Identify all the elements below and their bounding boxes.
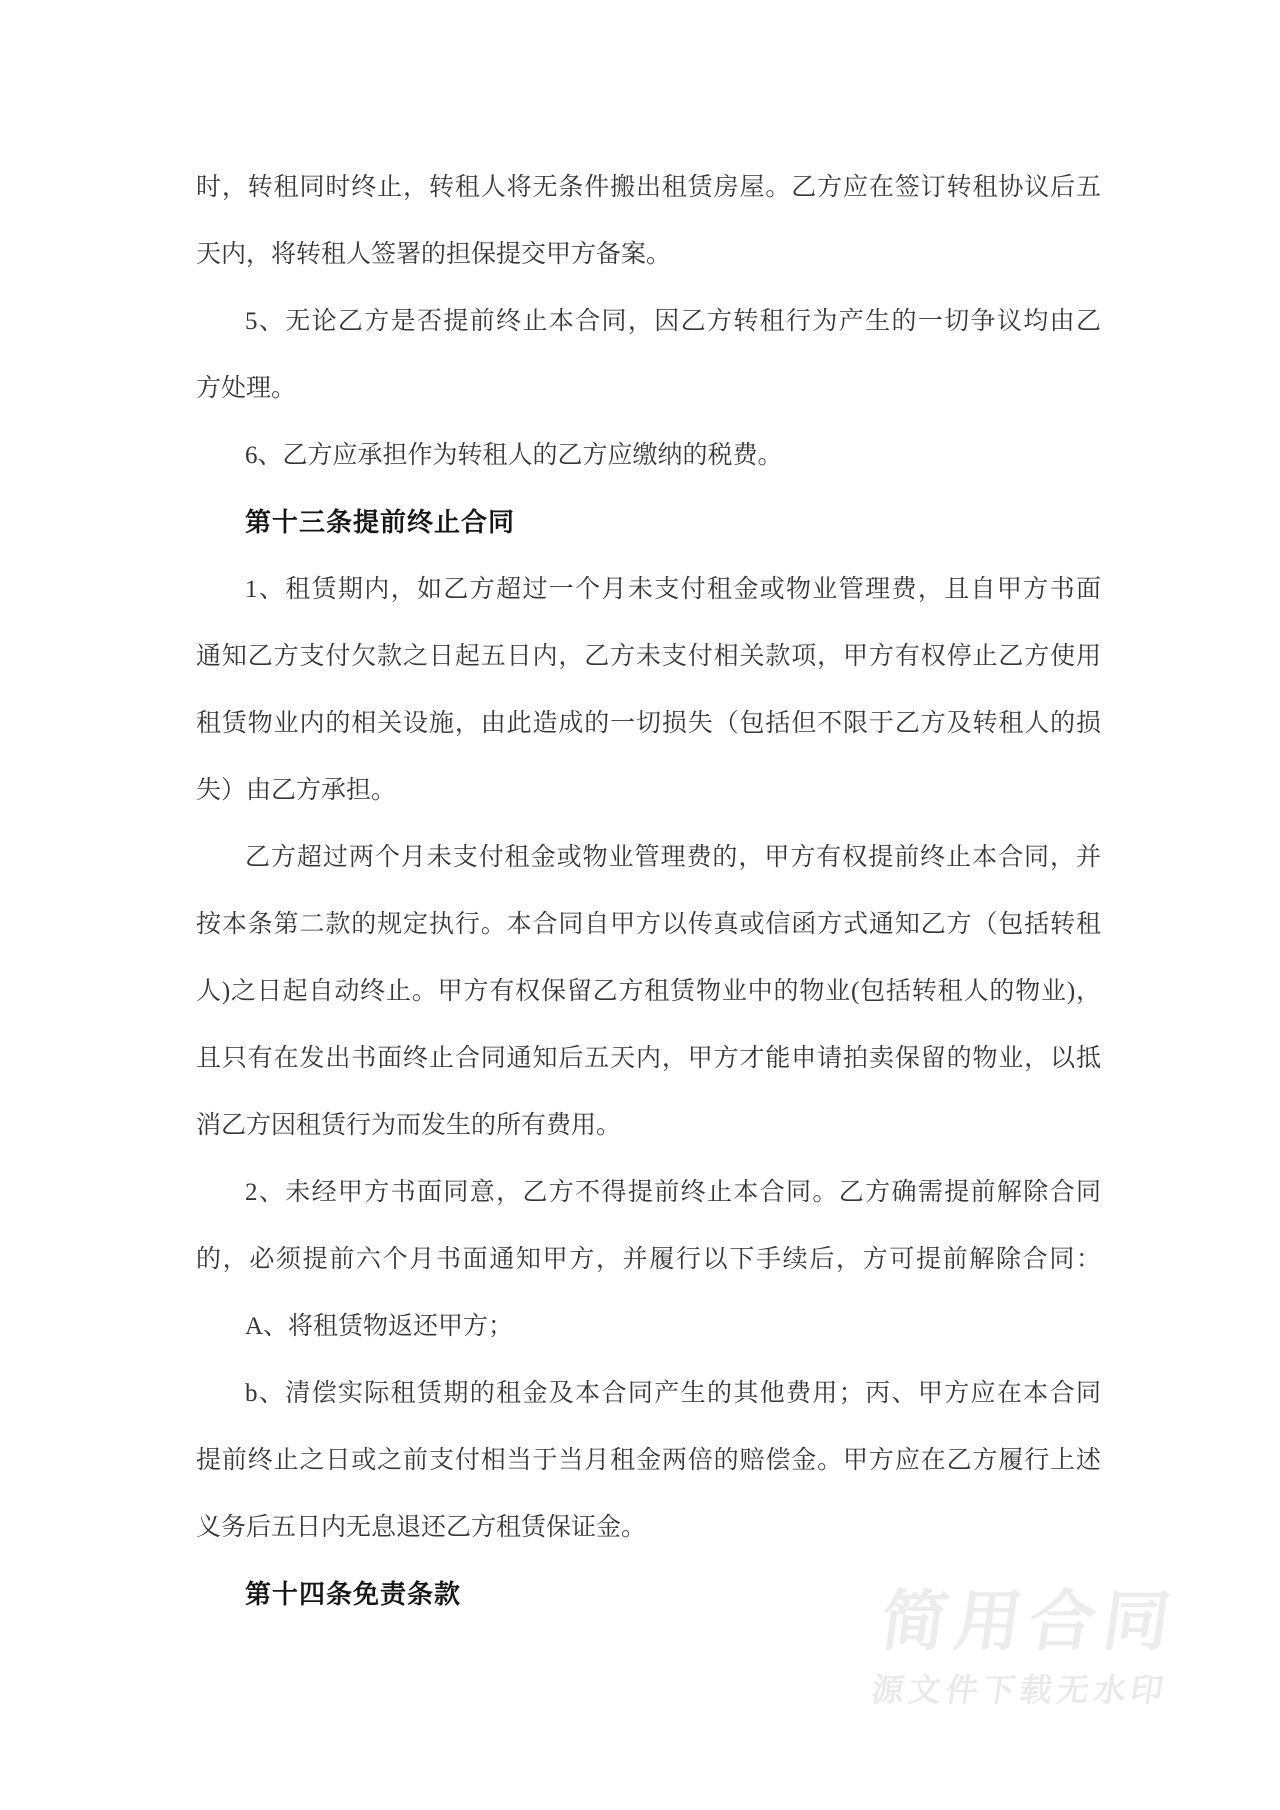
contract-line: 通知乙方支付欠款之日起五日内，乙方未支付相关款项，甲方有权停止乙方使用 [196, 623, 1101, 690]
document-page: 时，转租同时终止，转租人将无条件搬出租赁房屋。乙方应在签订转租协议后五 天内，将… [0, 0, 1280, 1810]
contract-line: 提前终止之日或之前支付相当于当月租金两倍的赔偿金。甲方应在乙方履行上述 [196, 1427, 1101, 1494]
contract-line: 天内，将转租人签署的担保提交甲方备案。 [196, 221, 1101, 288]
contract-line: 6、乙方应承担作为转租人的乙方应缴纳的税费。 [196, 422, 1101, 489]
section-heading: 第十三条提前终止合同 [196, 489, 1101, 556]
contract-line: b、清偿实际租赁期的租金及本合同产生的其他费用；丙、甲方应在本合同 [196, 1360, 1101, 1427]
watermark: 简用合同 源文件下载无水印 [869, 1586, 1182, 1708]
watermark-title: 简用合同 [877, 1586, 1183, 1656]
watermark-subtitle: 源文件下载无水印 [869, 1672, 1170, 1708]
contract-line: 失）由乙方承担。 [196, 757, 1101, 824]
contract-line: 时，转租同时终止，转租人将无条件搬出租赁房屋。乙方应在签订转租协议后五 [196, 154, 1101, 221]
contract-line: 人)之日起自动终止。甲方有权保留乙方租赁物业中的物业(包括转租人的物业)， [196, 958, 1101, 1025]
contract-line: 租赁物业内的相关设施，由此造成的一切损失（包括但不限于乙方及转租人的损 [196, 690, 1101, 757]
contract-line: 义务后五日内无息退还乙方租赁保证金。 [196, 1494, 1101, 1561]
contract-line: 5、无论乙方是否提前终止本合同，因乙方转租行为产生的一切争议均由乙 [196, 288, 1101, 355]
contract-text-block: 时，转租同时终止，转租人将无条件搬出租赁房屋。乙方应在签订转租协议后五 天内，将… [196, 154, 1101, 1628]
contract-line: 消乙方因租赁行为而发生的所有费用。 [196, 1092, 1101, 1159]
contract-line: 的，必须提前六个月书面通知甲方，并履行以下手续后，方可提前解除合同： [196, 1226, 1101, 1293]
contract-line: 1、租赁期内，如乙方超过一个月未支付租金或物业管理费，且自甲方书面 [196, 556, 1101, 623]
contract-line: 按本条第二款的规定执行。本合同自甲方以传真或信函方式通知乙方（包括转租 [196, 891, 1101, 958]
contract-line: 乙方超过两个月未支付租金或物业管理费的，甲方有权提前终止本合同，并 [196, 824, 1101, 891]
contract-line: A、将租赁物返还甲方； [196, 1293, 1101, 1360]
contract-line: 且只有在发出书面终止合同通知后五天内，甲方才能申请拍卖保留的物业，以抵 [196, 1025, 1101, 1092]
contract-line: 2、未经甲方书面同意，乙方不得提前终止本合同。乙方确需提前解除合同 [196, 1159, 1101, 1226]
contract-line: 方处理。 [196, 355, 1101, 422]
